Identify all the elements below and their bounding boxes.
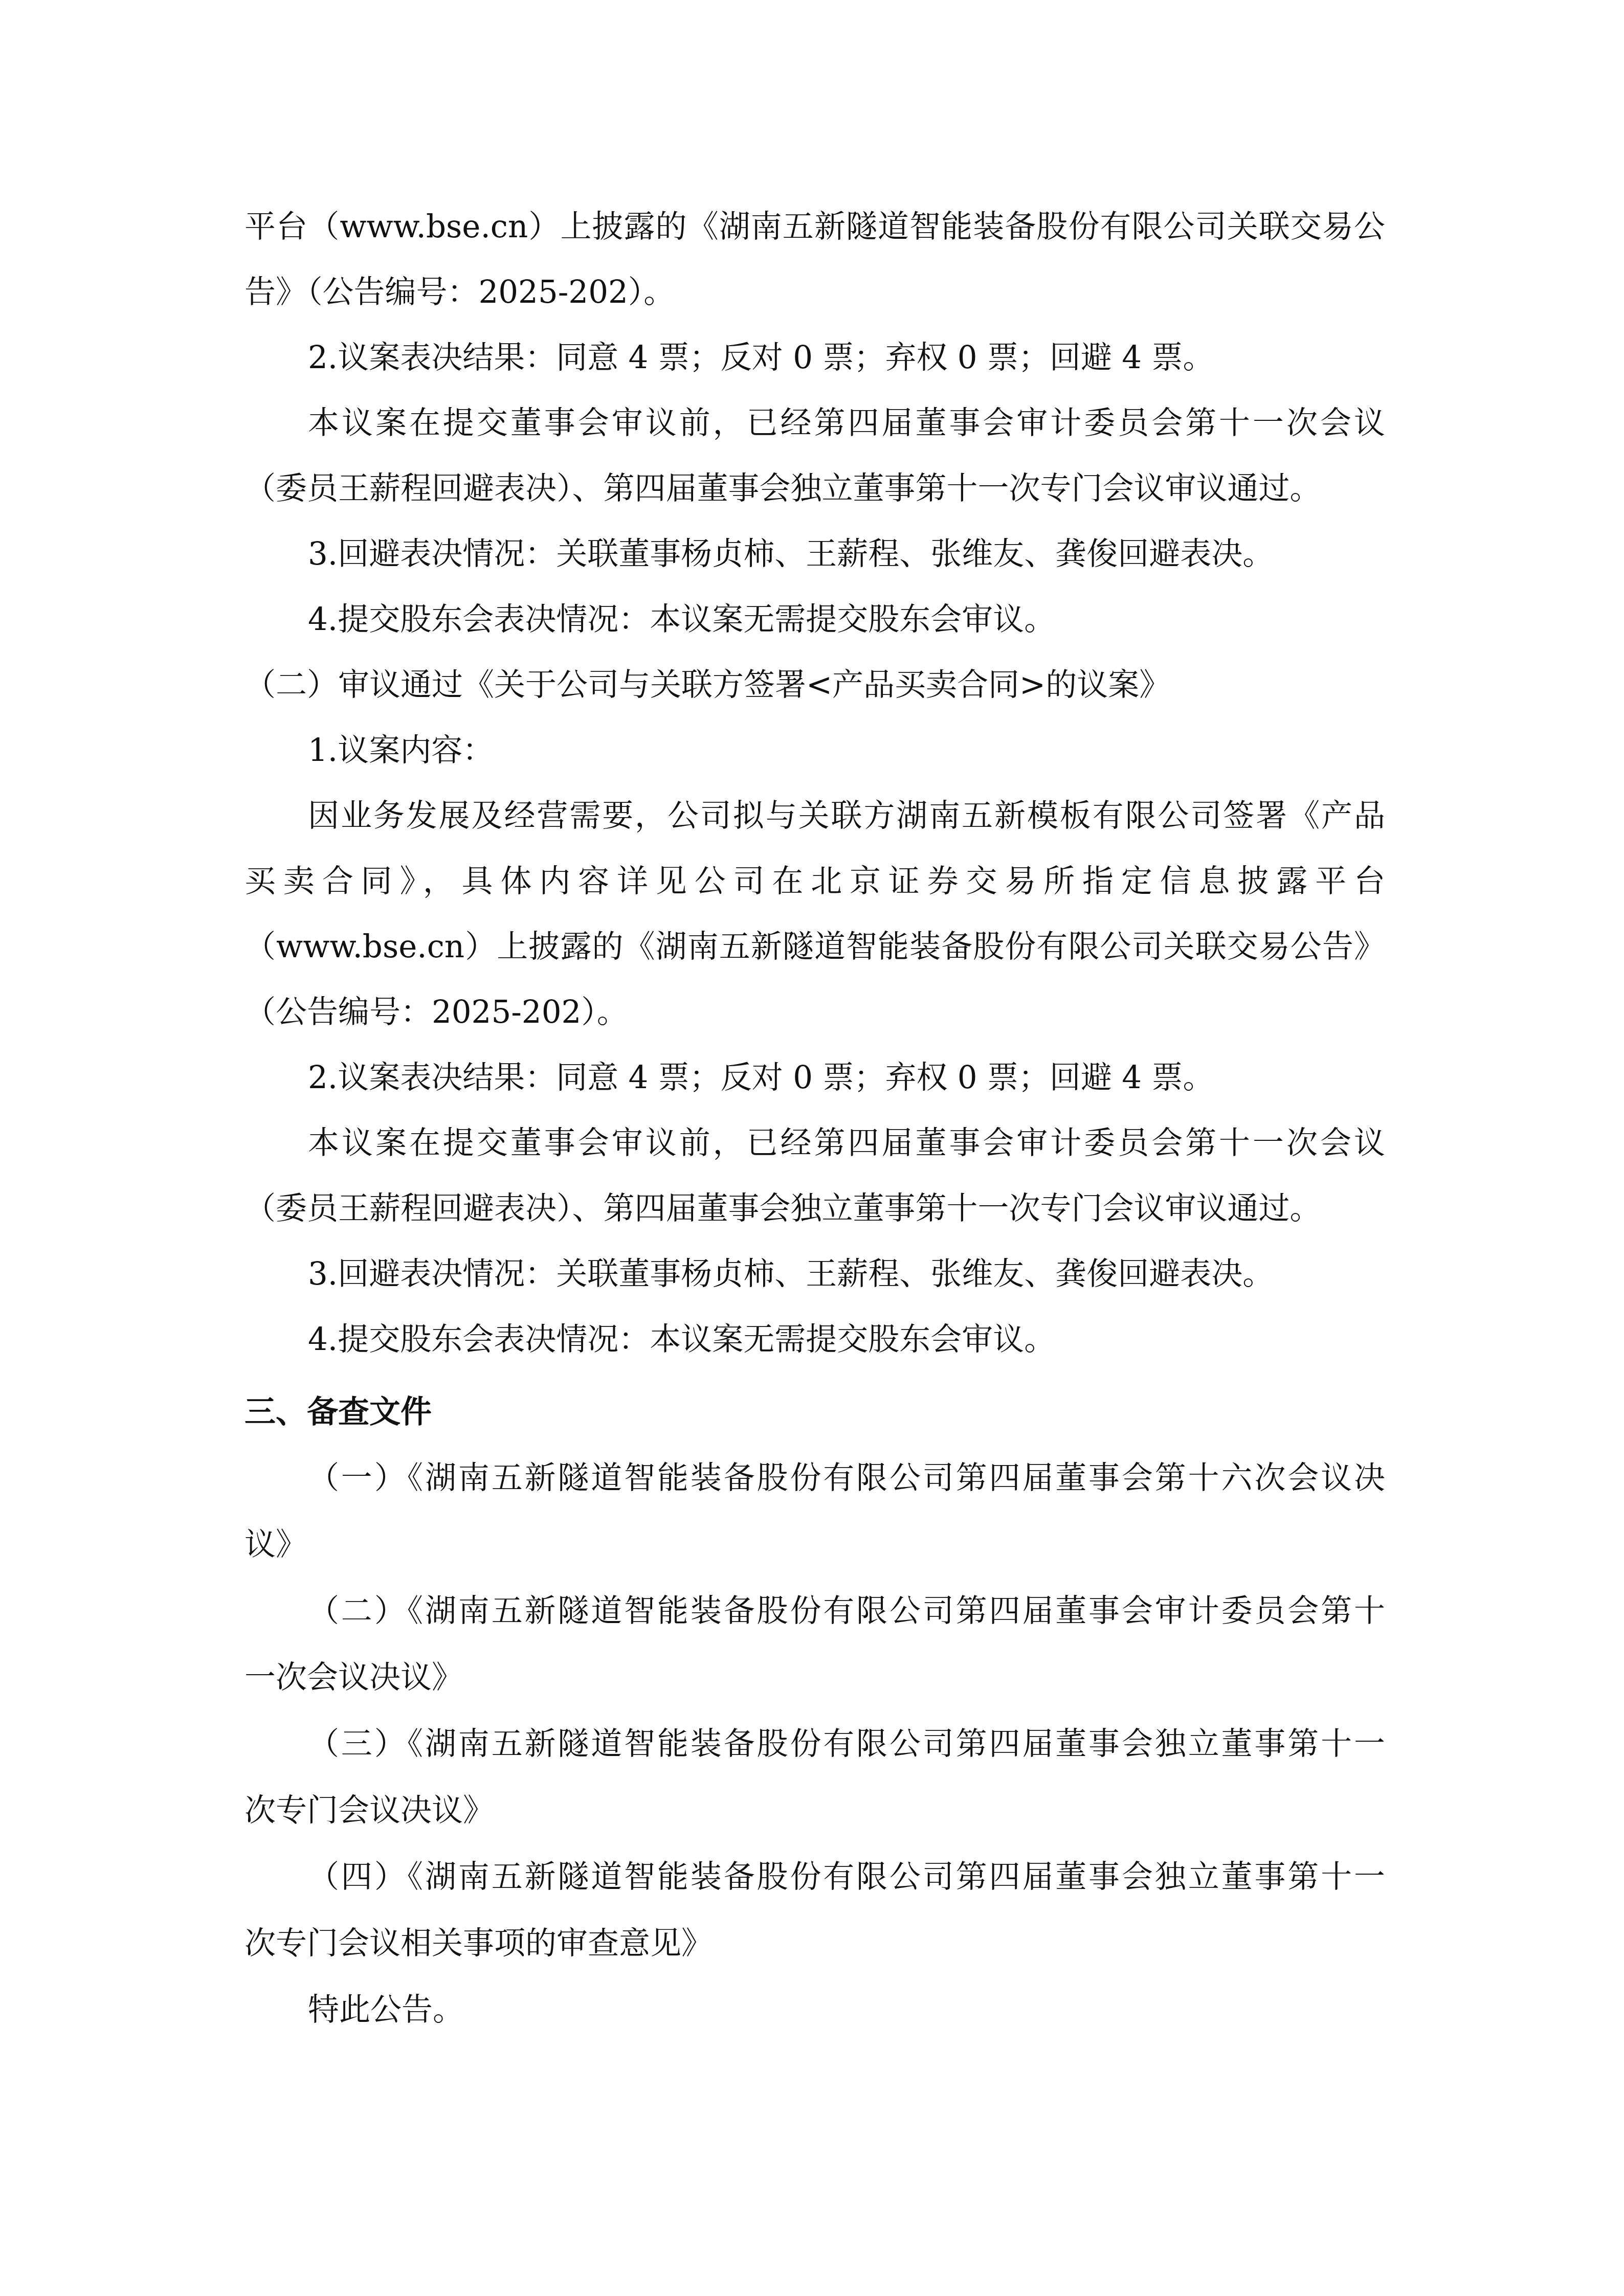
shareholder-info: 4.提交股东会表决情况：本议案无需提交股东会审议。	[244, 1307, 1385, 1372]
file-item-line: （三）《湖南五新隧道智能装备股份有限公司第四届董事会独立董事第十一	[244, 1711, 1385, 1777]
shareholder-info: 4.提交股东会表决情况：本议案无需提交股东会审议。	[244, 587, 1385, 652]
proposal-1-tail: 平台（www.bse.cn）上披露的《湖南五新隧道智能装备股份有限公司关联交易公…	[244, 194, 1385, 652]
content-line: 买卖合同》，具体内容详见公司在北京证券交易所指定信息披露平台	[244, 849, 1385, 914]
review-line: 本议案在提交董事会审议前，已经第四届董事会审计委员会第十一次会议	[244, 1111, 1385, 1176]
content-line: （www.bse.cn）上披露的《湖南五新隧道智能装备股份有限公司关联交易公告》	[244, 914, 1385, 980]
vote-result: 2.议案表决结果：同意 4 票；反对 0 票；弃权 0 票；回避 4 票。	[244, 325, 1385, 391]
recusal-info: 3.回避表决情况：关联董事杨贞柿、王薪程、张维友、龚俊回避表决。	[244, 1242, 1385, 1307]
vote-result: 2.议案表决结果：同意 4 票；反对 0 票；弃权 0 票；回避 4 票。	[244, 1045, 1385, 1111]
file-item-line: （二）《湖南五新隧道智能装备股份有限公司第四届董事会审计委员会第十	[244, 1578, 1385, 1645]
paragraph-line: 告》（公告编号：2025-202）。	[244, 260, 1385, 325]
content-label: 1.议案内容：	[244, 718, 1385, 783]
review-line: （委员王薪程回避表决）、第四届董事会独立董事第十一次专门会议审议通过。	[244, 1176, 1385, 1242]
section-heading: 三、备查文件	[244, 1380, 1385, 1445]
file-item-line: 次专门会议决议》	[244, 1777, 1385, 1844]
reference-documents-section: 三、备查文件 （一）《湖南五新隧道智能装备股份有限公司第四届董事会第十六次会议决…	[244, 1380, 1385, 2043]
review-line: （委员王薪程回避表决）、第四届董事会独立董事第十一次专门会议审议通过。	[244, 456, 1385, 522]
document-page: 平台（www.bse.cn）上披露的《湖南五新隧道智能装备股份有限公司关联交易公…	[244, 194, 1385, 2043]
paragraph-line: 平台（www.bse.cn）上披露的《湖南五新隧道智能装备股份有限公司关联交易公	[244, 194, 1385, 260]
content-line: 因业务发展及经营需要，公司拟与关联方湖南五新模板有限公司签署《产品	[244, 783, 1385, 849]
file-item-line: （四）《湖南五新隧道智能装备股份有限公司第四届董事会独立董事第十一	[244, 1844, 1385, 1910]
file-item-line: （一）《湖南五新隧道智能装备股份有限公司第四届董事会第十六次会议决	[244, 1445, 1385, 1512]
proposal-2: （二）审议通过《关于公司与关联方签署<产品买卖合同>的议案》 1.议案内容： 因…	[244, 652, 1385, 1372]
closing-statement: 特此公告。	[244, 1977, 1385, 2043]
file-item-line: 议》	[244, 1512, 1385, 1578]
file-item-line: 次专门会议相关事项的审查意见》	[244, 1910, 1385, 1977]
recusal-info: 3.回避表决情况：关联董事杨贞柿、王薪程、张维友、龚俊回避表决。	[244, 522, 1385, 587]
content-line: （公告编号：2025-202）。	[244, 980, 1385, 1045]
review-line: 本议案在提交董事会审议前，已经第四届董事会审计委员会第十一次会议	[244, 391, 1385, 456]
file-item-line: 一次会议决议》	[244, 1645, 1385, 1711]
proposal-title: （二）审议通过《关于公司与关联方签署<产品买卖合同>的议案》	[244, 652, 1385, 718]
